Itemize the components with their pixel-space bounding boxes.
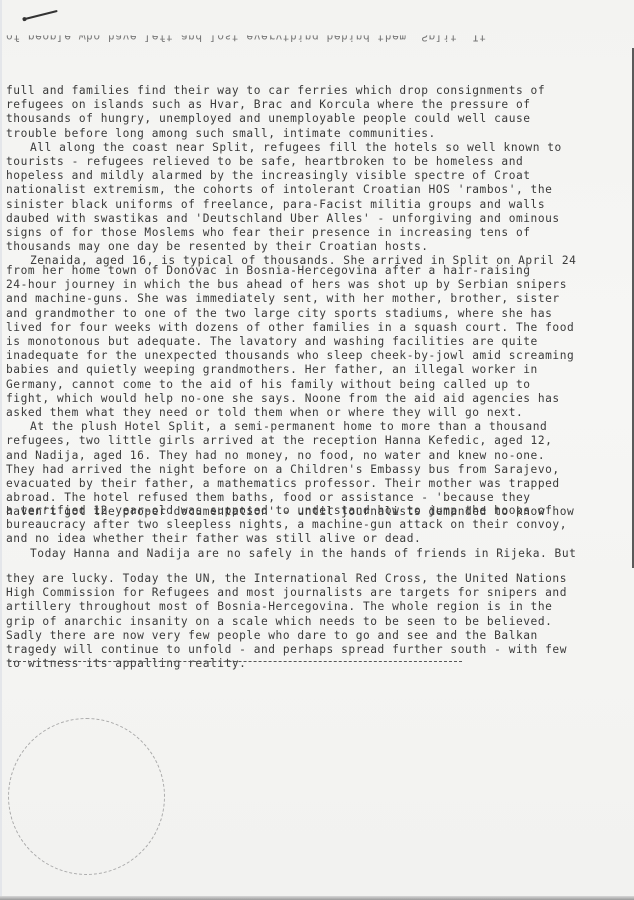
text-line: At the plush Hotel Split, a semi-permane… [6,420,574,434]
text-line: All along the coast near Split, refugees… [6,141,576,155]
end-divider [8,661,462,662]
text-line: fight, which would help no-one she says.… [6,392,574,406]
text-line: signs of for those Moslems who fear thei… [6,226,576,240]
text-line: from her home town of Donovac in Bosnia-… [6,264,574,278]
text-block-4: they are lucky. Today the UN, the Intern… [6,572,567,671]
text-line: refugees, two little girls arrived at th… [6,434,574,448]
page-bottom-edge [0,896,634,900]
text-line: thousands may one day be resented by the… [6,240,576,254]
text-line: and machine-guns. She was immediately se… [6,292,574,306]
page-left-edge [0,0,2,900]
text-line: 24-hour journey in which the bus ahead o… [6,278,574,292]
circular-stamp-outline [8,718,165,875]
text-block-3: a terrified 12 year-old was supposed to … [6,504,576,561]
text-line: and Nadija, aged 16. They had no money, … [6,449,574,463]
text-line: refugees on islands such as Hvar, Brac a… [6,98,576,112]
text-line: Today Hanna and Nadija are no safely in … [6,547,576,561]
text-line: They had arrived the night before on a C… [6,463,574,477]
text-line: full and families find their way to car … [6,84,576,98]
text-line: artillery throughout most of Bosnia-Herc… [6,600,567,614]
text-line: to witness its appalling reality. [6,657,567,671]
text-line: they are lucky. Today the UN, the Intern… [6,572,567,586]
text-line: inadequate for the unexpected thousands … [6,349,574,363]
text-line: bureaucracy after two sleepless nights, … [6,518,576,532]
text-line: trouble before long among such small, in… [6,127,576,141]
text-line: evacuated by their father, a mathematics… [6,477,574,491]
text-line: lived for four weeks with dozens of othe… [6,321,574,335]
text-line: daubed with swastikas and 'Deutschland U… [6,212,576,226]
text-line: tourists - refugees relieved to be safe,… [6,155,576,169]
text-line: Germany, cannot come to the aid of his f… [6,378,574,392]
text-line: thousands of hungry, unemployed and unem… [6,112,576,126]
text-line: asked them what they need or told them w… [6,406,574,420]
text-line: babies and quietly weeping grandmothers.… [6,363,574,377]
cutoff-line: of people who have left and lost everyth… [6,29,487,43]
text-line: is monotonous but adequate. The lavatory… [6,335,574,349]
text-line: hopeless and mildly alarmed by the incre… [6,169,576,183]
text-line: High Commission for Refugees and most jo… [6,586,567,600]
text-line: and no idea whether their father was sti… [6,532,576,546]
text-line: sinister black uniforms of freelance, pa… [6,198,576,212]
text-line: grip of anarchic insanity on a scale whi… [6,615,567,629]
text-line: tragedy will continue to unfold - and pe… [6,643,567,657]
text-line: Sadly there are now very few people who … [6,629,567,643]
staple-mark [24,10,57,20]
text-line: and grandmother to one of the two large … [6,307,574,321]
text-line: a terrified 12 year-old was supposed to … [6,504,576,518]
text-line: nationalist extremism, the cohorts of in… [6,183,576,197]
text-block-1: full and families find their way to car … [6,84,576,269]
document-page: of people who have left and lost everyth… [0,0,634,900]
text-block-2: from her home town of Donovac in Bosnia-… [6,264,574,520]
